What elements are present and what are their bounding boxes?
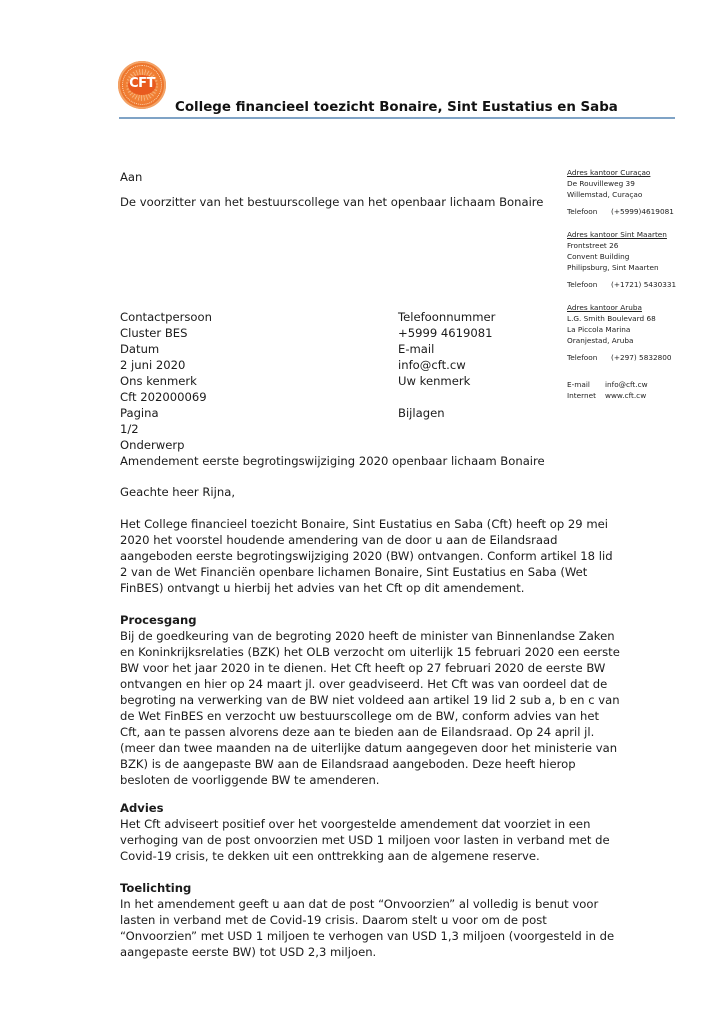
internet-label: Internet	[567, 390, 605, 401]
page-label: Pagina	[120, 405, 390, 421]
section-advies: Advies Het Cft adviseert positief over h…	[120, 800, 620, 864]
address-line: Convent Building	[567, 251, 717, 262]
address-line: Oranjestad, Aruba	[567, 335, 717, 346]
subject-value: Amendement eerste begrotingswijziging 20…	[120, 453, 390, 469]
office-phone: Telefoon (+297) 5832800	[567, 352, 717, 363]
date-value: 2 juni 2020	[120, 357, 390, 373]
phone-value: (+5999)4619081	[611, 206, 674, 217]
section-toelichting: Toelichting In het amendement geeft u aa…	[120, 880, 620, 960]
section-body: Het Cft adviseert positief over het voor…	[120, 816, 620, 864]
section-body: Bij de goedkeuring van de begroting 2020…	[120, 628, 620, 788]
email-label: E-mail	[567, 379, 605, 390]
address-line: Philipsburg, Sint Maarten	[567, 262, 717, 273]
office-aruba: Adres kantoor Aruba L.G. Smith Boulevard…	[567, 302, 717, 363]
page-value: 1/2	[120, 421, 390, 437]
your-reference-label: Uw kenmerk	[398, 373, 558, 389]
recipient-label: Aan	[120, 169, 550, 185]
section-heading: Advies	[120, 800, 620, 816]
general-contact: E-mail info@cft.cw Internet www.cft.cw	[567, 379, 717, 401]
subject-label: Onderwerp	[120, 437, 390, 453]
email-link[interactable]: info@cft.cw	[605, 379, 648, 390]
letter-metadata-left: Contactpersoon Cluster BES Datum 2 juni …	[120, 309, 390, 469]
office-title: Adres kantoor Curaçao	[567, 167, 717, 178]
intro-text: Het College financieel toezicht Bonaire,…	[120, 516, 620, 596]
logo-text: CFT	[118, 76, 166, 92]
phone-number-label: Telefoonnummer	[398, 309, 558, 325]
email-value[interactable]: info@cft.cw	[398, 357, 558, 373]
your-reference-value	[398, 389, 558, 405]
address-line: Frontstreet 26	[567, 240, 717, 251]
office-addresses: Adres kantoor Curaçao De Rouvilleweg 39 …	[567, 167, 717, 401]
phone-value: (+297) 5832800	[611, 352, 672, 363]
section-heading: Toelichting	[120, 880, 620, 896]
website-link[interactable]: www.cft.cw	[605, 390, 646, 401]
office-sint-maarten: Adres kantoor Sint Maarten Frontstreet 2…	[567, 229, 717, 290]
phone-value: (+1721) 5430331	[611, 279, 676, 290]
email-label: E-mail	[398, 341, 558, 357]
section-procesgang: Procesgang Bij de goedkeuring van de beg…	[120, 612, 620, 788]
address-line: L.G. Smith Boulevard 68	[567, 313, 717, 324]
contact-value: Cluster BES	[120, 325, 390, 341]
letter-page: CFT College financieel toezicht Bonaire,…	[0, 0, 724, 1024]
header-divider	[119, 117, 675, 119]
phone-label: Telefoon	[567, 279, 611, 290]
organization-title: College financieel toezicht Bonaire, Sin…	[175, 100, 618, 115]
recipient-name: De voorzitter van het bestuurscollege va…	[120, 194, 550, 210]
our-reference-label: Ons kenmerk	[120, 373, 390, 389]
intro-paragraph: Het College financieel toezicht Bonaire,…	[120, 516, 620, 596]
phone-label: Telefoon	[567, 352, 611, 363]
office-title: Adres kantoor Sint Maarten	[567, 229, 717, 240]
salutation: Geachte heer Rijna,	[120, 484, 235, 500]
attachments-label: Bijlagen	[398, 405, 558, 421]
section-body: In het amendement geeft u aan dat de pos…	[120, 896, 620, 960]
section-heading: Procesgang	[120, 612, 620, 628]
phone-label: Telefoon	[567, 206, 611, 217]
office-phone: Telefoon (+5999)4619081	[567, 206, 717, 217]
contact-label: Contactpersoon	[120, 309, 390, 325]
address-line: Willemstad, Curaçao	[567, 189, 717, 200]
recipient-block: Aan De voorzitter van het bestuurscolleg…	[120, 169, 550, 219]
address-line: La Piccola Marina	[567, 324, 717, 335]
office-title: Adres kantoor Aruba	[567, 302, 717, 313]
date-label: Datum	[120, 341, 390, 357]
letter-metadata-right: Telefoonnummer +5999 4619081 E-mail info…	[398, 309, 558, 421]
address-line: De Rouvilleweg 39	[567, 178, 717, 189]
office-curacao: Adres kantoor Curaçao De Rouvilleweg 39 …	[567, 167, 717, 217]
office-phone: Telefoon (+1721) 5430331	[567, 279, 717, 290]
our-reference-value: Cft 202000069	[120, 389, 390, 405]
phone-number-value: +5999 4619081	[398, 325, 558, 341]
cft-logo: CFT	[118, 61, 166, 109]
